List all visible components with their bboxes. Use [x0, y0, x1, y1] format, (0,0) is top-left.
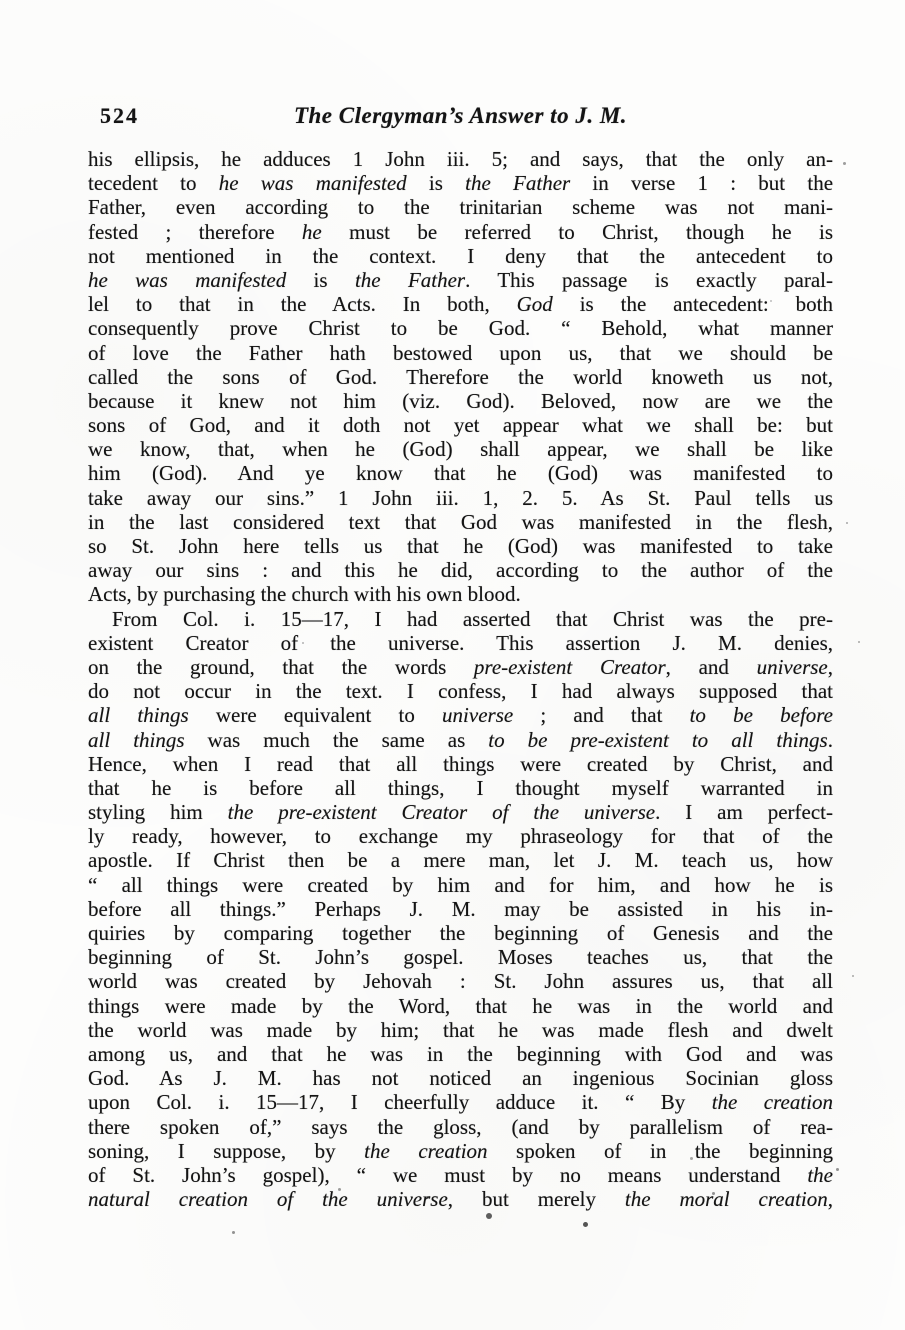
text-line: existent Creator of the universe. This a… [88, 631, 833, 655]
text-line: do not occur in the text. I confess, I h… [88, 679, 833, 703]
text-line: of St. John’s gospel), “ we must by no m… [88, 1163, 833, 1187]
text-line: his ellipsis, he adduces 1 John iii. 5; … [88, 147, 833, 171]
text-line: things were made by the Word, that he wa… [88, 994, 833, 1018]
paragraph: From Col. i. 15—17, I had asserted that … [88, 607, 833, 1212]
text-line: apostle. If Christ then be a mere man, l… [88, 848, 833, 872]
text-line: From Col. i. 15—17, I had asserted that … [88, 607, 833, 631]
text-line: he was manifested is the Father. This pa… [88, 268, 833, 292]
ink-speckle [486, 1213, 492, 1219]
text-line: so St. John here tells us that he (God) … [88, 534, 833, 558]
text-line: before all things.” Perhaps J. M. may be… [88, 897, 833, 921]
text-line: the world was made by him; that he was m… [88, 1018, 833, 1042]
text-line: Acts, by purchasing the church with his … [88, 582, 833, 606]
ink-speckle [843, 162, 846, 165]
ink-speckle [852, 975, 854, 977]
page-body: his ellipsis, he adduces 1 John iii. 5; … [88, 147, 833, 1211]
ink-speckle [232, 1231, 235, 1234]
text-line: take away our sins.” 1 John iii. 1, 2. 5… [88, 486, 833, 510]
text-line: there spoken of,” says the gloss, (and b… [88, 1115, 833, 1139]
running-title: The Clergyman’s Answer to J. M. [88, 103, 833, 129]
text-line: beginning of St. John’s gospel. Moses te… [88, 945, 833, 969]
text-line: tecedent to he was manifested is the Fat… [88, 171, 833, 195]
text-line: that he is before all things, I thought … [88, 776, 833, 800]
text-line: “ all things were created by him and for… [88, 873, 833, 897]
text-line: on the ground, that the words pre-existe… [88, 655, 833, 679]
text-line: of love the Father hath bestowed upon us… [88, 341, 833, 365]
ink-speckle [583, 1222, 588, 1227]
text-line: ly ready, however, to exchange my phrase… [88, 824, 833, 848]
text-line: all things was much the same as to be pr… [88, 728, 833, 752]
text-line: called the sons of God. Therefore the wo… [88, 365, 833, 389]
text-line: because it knew not him (viz. God). Belo… [88, 389, 833, 413]
text-line: all things were equivalent to universe ;… [88, 703, 833, 727]
text-line: Father, even according to the trinitaria… [88, 195, 833, 219]
paragraph: his ellipsis, he adduces 1 John iii. 5; … [88, 147, 833, 607]
scanned-page: 524 The Clergyman’s Answer to J. M. his … [0, 0, 905, 1330]
text-line: in the last considered text that God was… [88, 510, 833, 534]
ink-speckle [836, 1168, 839, 1171]
text-line: sons of God, and it doth not yet appear … [88, 413, 833, 437]
text-line: quiries by comparing together the beginn… [88, 921, 833, 945]
text-line: we know, that, when he (God) shall appea… [88, 437, 833, 461]
ink-speckle [858, 641, 860, 643]
text-line: styling him the pre-existent Creator of … [88, 800, 833, 824]
text-line: him (God). And ye know that he (God) was… [88, 461, 833, 485]
text-line: consequently prove Christ to be God. “ B… [88, 316, 833, 340]
ink-speckle [846, 522, 848, 524]
text-line: Hence, when I read that all things were … [88, 752, 833, 776]
text-line: not mentioned in the context. I deny tha… [88, 244, 833, 268]
text-line: fested ; therefore he must be referred t… [88, 220, 833, 244]
text-line: upon Col. i. 15—17, I cheerfully adduce … [88, 1090, 833, 1114]
text-line: world was created by Jehovah : St. John … [88, 969, 833, 993]
text-line: soning, I suppose, by the creation spoke… [88, 1139, 833, 1163]
text-line: away our sins : and this he did, accordi… [88, 558, 833, 582]
text-line: natural creation of the universe, but me… [88, 1187, 833, 1211]
text-line: God. As J. M. has not noticed an ingenio… [88, 1066, 833, 1090]
text-line: lel to that in the Acts. In both, God is… [88, 292, 833, 316]
text-line: among us, and that he was in the beginni… [88, 1042, 833, 1066]
page-header: 524 The Clergyman’s Answer to J. M. [88, 103, 833, 133]
